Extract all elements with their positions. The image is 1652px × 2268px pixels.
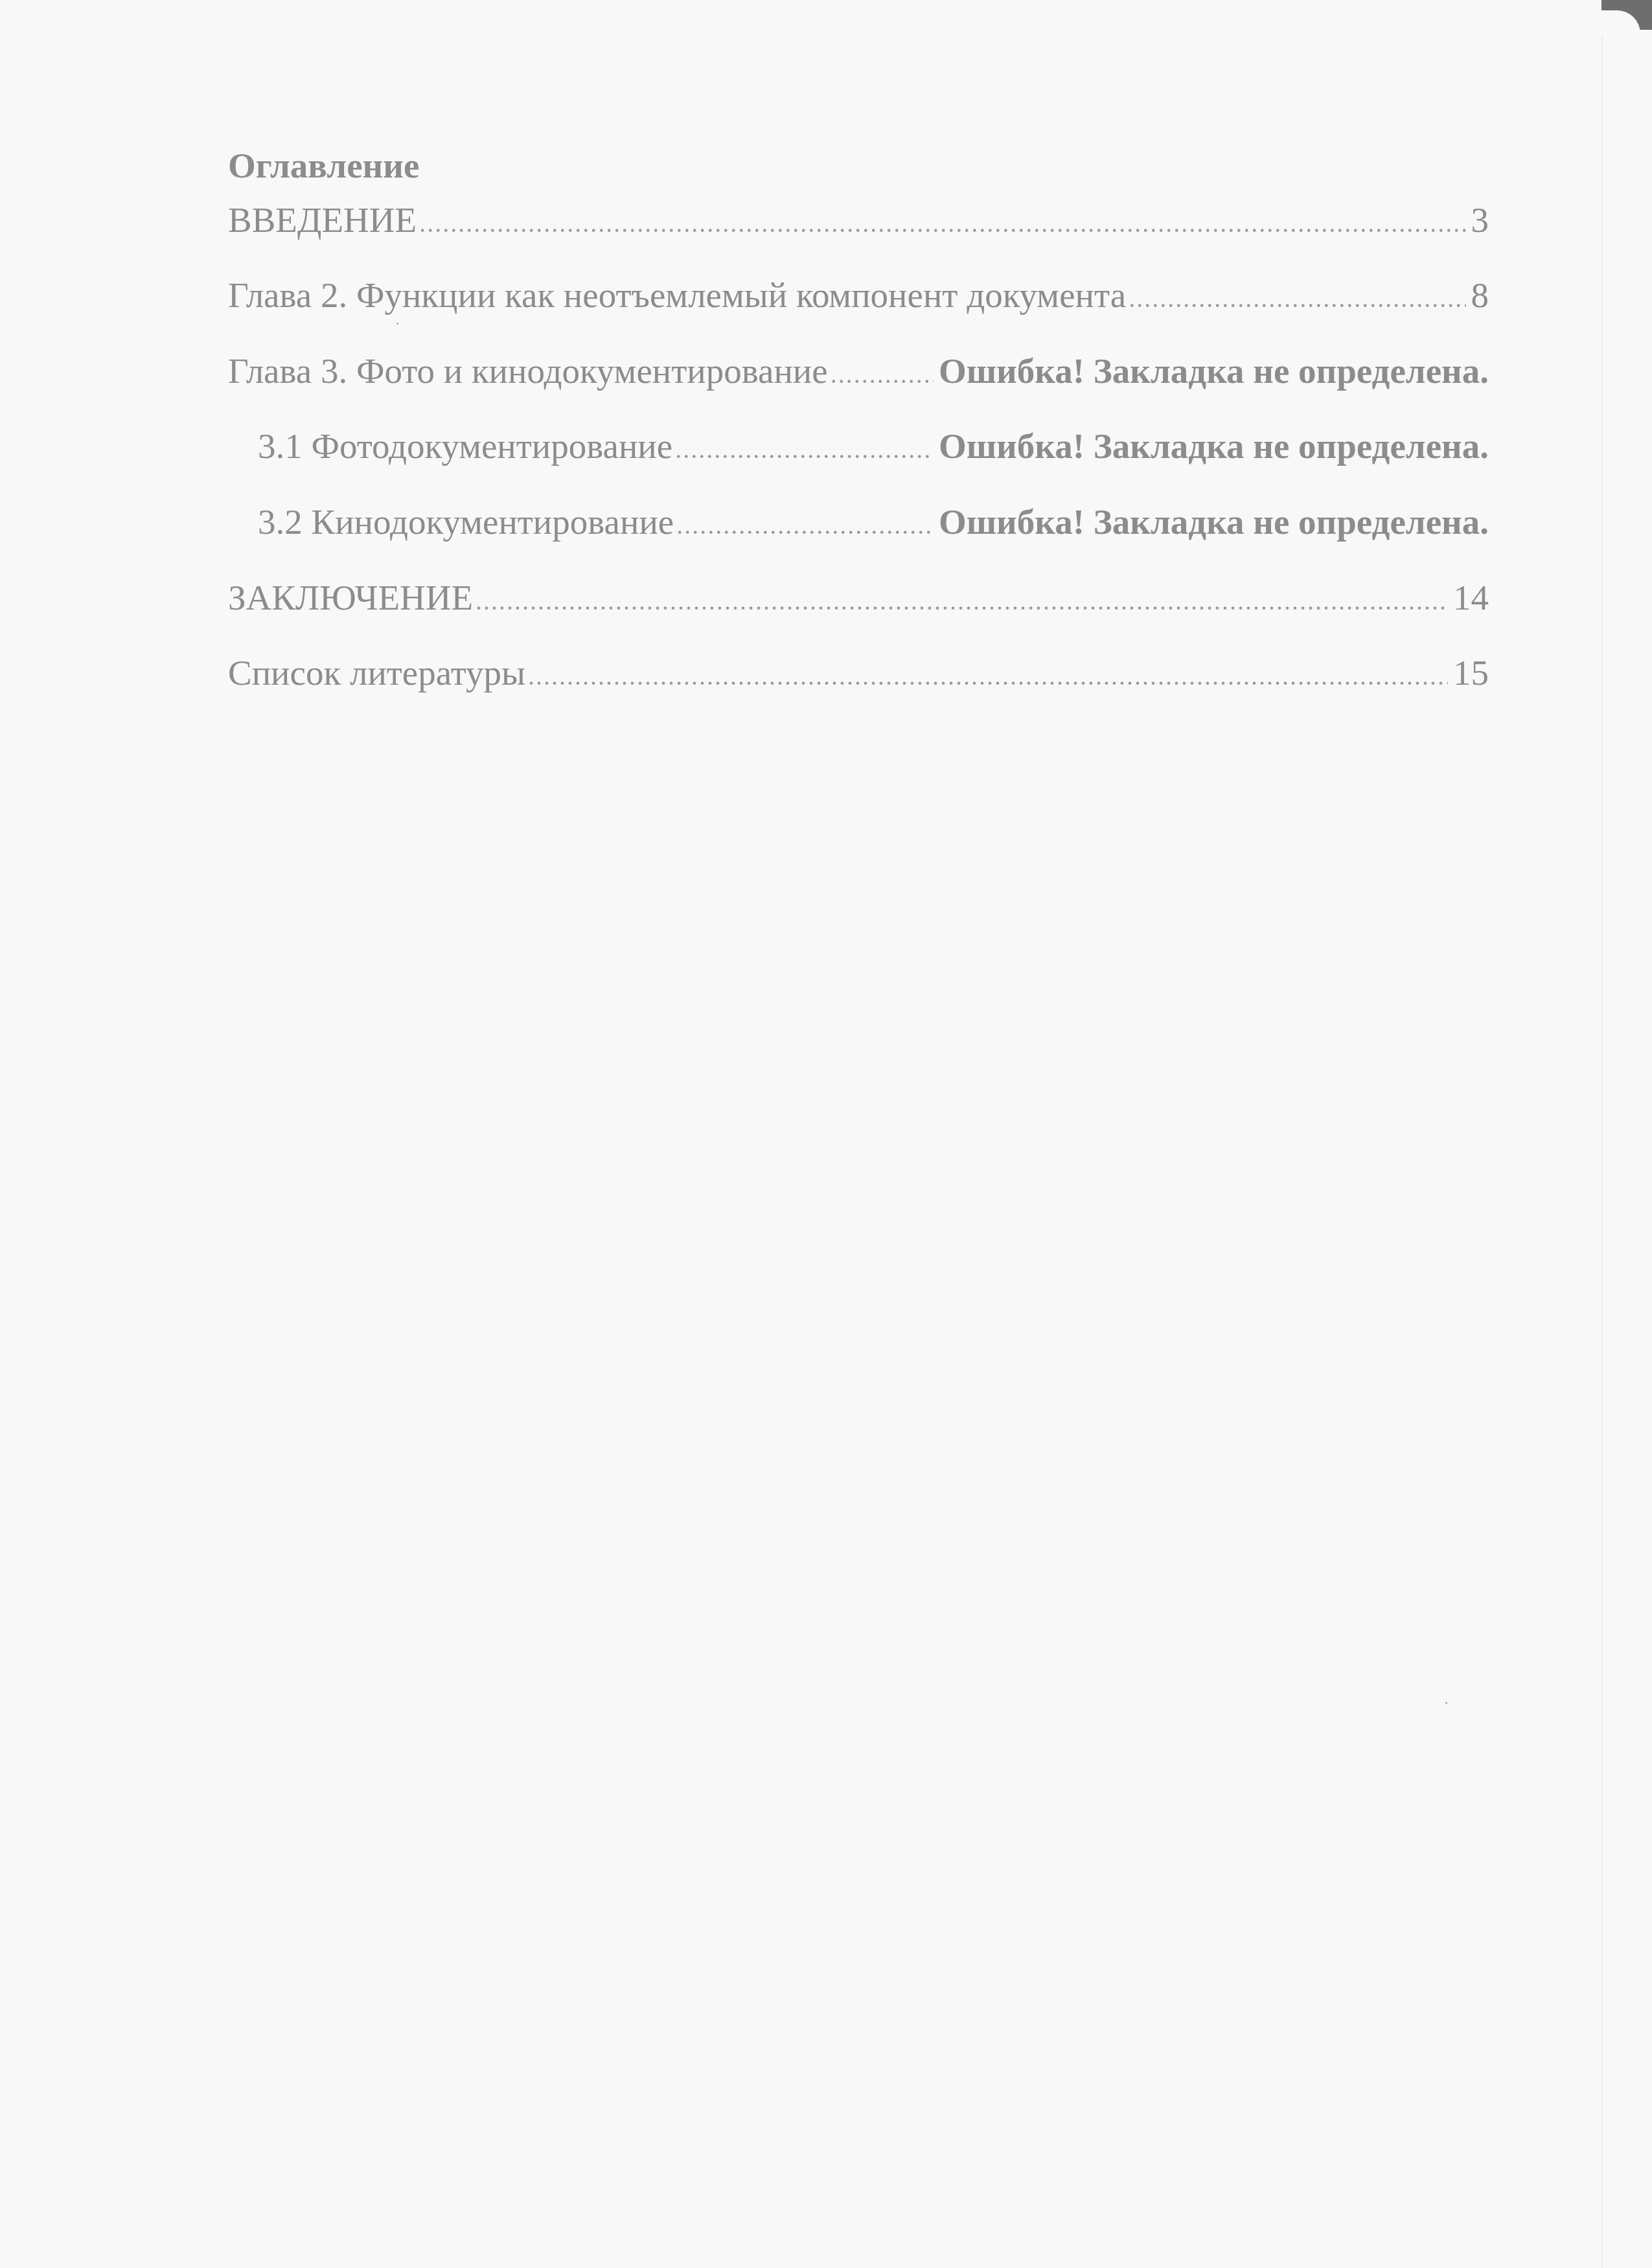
scan-speck xyxy=(1445,1702,1447,1704)
toc-dot-leader xyxy=(419,211,1465,236)
toc-page-number: 14 xyxy=(1448,580,1489,615)
toc-bookmark-error: Ошибка! Закладка не определена. xyxy=(934,353,1489,389)
scan-corner-shadow xyxy=(1601,0,1652,30)
toc-dot-leader xyxy=(675,437,934,463)
toc-entry-conclusion: ЗАКЛЮЧЕНИЕ 14 xyxy=(228,580,1489,615)
toc-bookmark-error: Ошибка! Закладка не определена. xyxy=(934,504,1489,540)
toc-entry-section-3-1: 3.1 Фотодокументирование Ошибка! Закладк… xyxy=(258,428,1489,464)
toc-entry-label: ЗАКЛЮЧЕНИЕ xyxy=(228,580,476,615)
toc-dot-leader xyxy=(528,663,1448,689)
toc-entry-chapter-3: Глава 3. Фото и кинодокументирование Оши… xyxy=(228,353,1489,389)
toc-entry-label: Список литературы xyxy=(228,655,528,691)
toc-dot-leader xyxy=(676,512,934,538)
toc-entry-section-3-2: 3.2 Кинодокументирование Ошибка! Закладк… xyxy=(258,504,1489,540)
toc-dot-leader xyxy=(831,361,934,387)
scanned-page: Оглавление ВВЕДЕНИЕ 3 Глава 2. Функции к… xyxy=(0,0,1652,2268)
toc-entry-chapter-2: Глава 2. Функции как неотъемлемый компон… xyxy=(228,277,1489,313)
toc-bookmark-error: Ошибка! Закладка не определена. xyxy=(934,428,1489,464)
scan-speck xyxy=(396,323,398,325)
scan-edge-line xyxy=(1601,0,1603,2268)
toc-page-number: 8 xyxy=(1466,277,1489,313)
toc-dot-leader xyxy=(1129,286,1465,312)
toc-entry-label: 3.2 Кинодокументирование xyxy=(258,504,676,540)
toc-entry-label: 3.1 Фотодокументирование xyxy=(258,428,675,464)
toc-entry-introduction: ВВЕДЕНИЕ 3 xyxy=(228,202,1489,238)
toc-page-number: 15 xyxy=(1448,655,1489,691)
toc-dot-leader xyxy=(476,588,1448,614)
toc-entry-label: Глава 3. Фото и кинодокументирование xyxy=(228,353,831,389)
toc-entry-bibliography: Список литературы 15 xyxy=(228,655,1489,691)
toc-entry-label: ВВЕДЕНИЕ xyxy=(228,202,419,238)
toc-title: Оглавление xyxy=(228,148,419,183)
toc-entry-label: Глава 2. Функции как неотъемлемый компон… xyxy=(228,277,1129,313)
toc-page-number: 3 xyxy=(1466,202,1489,238)
